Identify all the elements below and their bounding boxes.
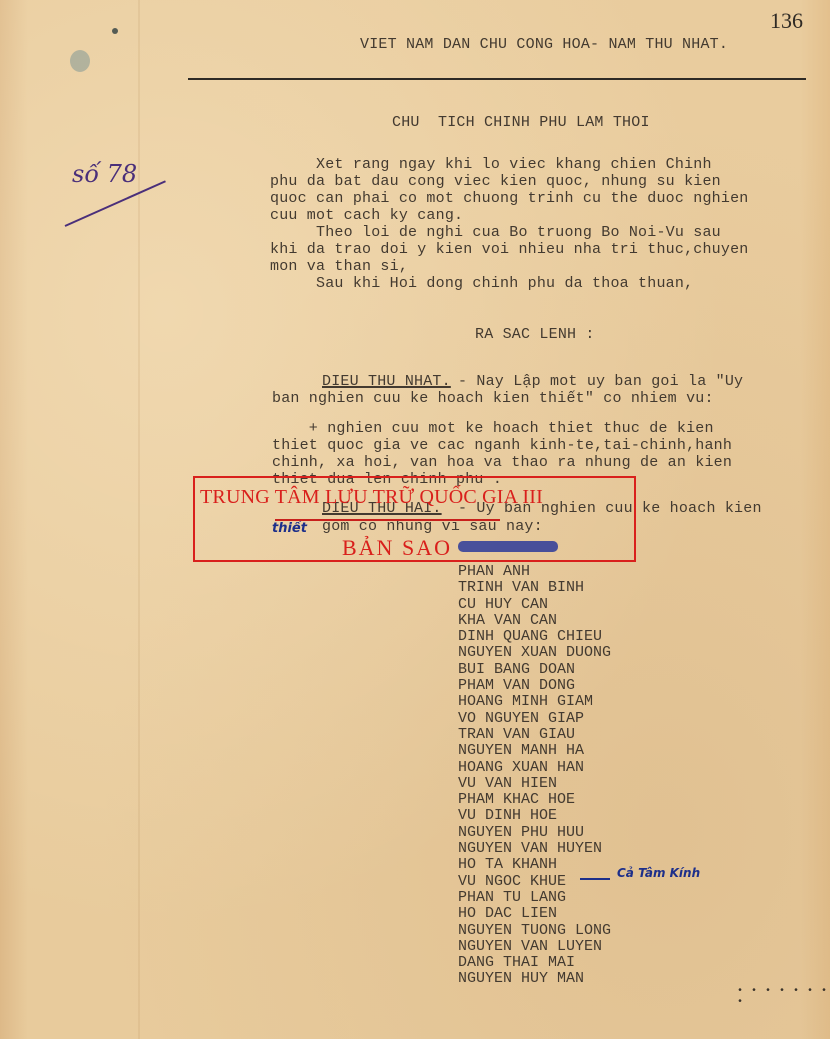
member-name: TRINH VAN BINH — [458, 579, 611, 595]
member-name: VU NGOC KHUE — [458, 873, 611, 889]
stamp-copy-label: BẢN SAO — [342, 535, 452, 561]
stamp-underline — [275, 519, 500, 521]
member-name: NGUYEN MANH HA — [458, 742, 611, 758]
member-name: NGUYEN VAN LUYEN — [458, 938, 611, 954]
member-name: TRAN VAN GIAU — [458, 726, 611, 742]
preamble-line: Sau khi Hoi dong chinh phu da thoa thuan… — [270, 275, 693, 292]
annotation-line — [580, 878, 610, 880]
header-rule — [188, 78, 806, 80]
member-name: PHAM KHAC HOE — [458, 791, 611, 807]
duty-line: thiet quoc gia ve cac nganh kinh-te,tai-… — [272, 437, 732, 454]
handwritten-reference: số 78 — [72, 160, 137, 188]
member-name: CU HUY CAN — [458, 596, 611, 612]
member-name: NGUYEN TUONG LONG — [458, 922, 611, 938]
member-name: VU VAN HIEN — [458, 775, 611, 791]
member-name: DINH QUANG CHIEU — [458, 628, 611, 644]
member-name: DANG THAI MAI — [458, 954, 611, 970]
member-name: HO DAC LIEN — [458, 905, 611, 921]
member-name: KHA VAN CAN — [458, 612, 611, 628]
page-number: 136 — [770, 8, 803, 34]
article1-label: DIEU THU NHAT. — [322, 373, 451, 390]
document-page: 136 VIET NAM DAN CHU CONG HOA- NAM THU N… — [0, 0, 830, 1039]
ink-smudge — [70, 50, 90, 72]
footer-dots: • • • • • • • • — [737, 986, 830, 1008]
decree-heading: RA SAC LENH : — [475, 326, 595, 343]
member-name: HO TA KHANH — [458, 856, 611, 872]
member-name: NGUYEN VAN HUYEN — [458, 840, 611, 856]
document-header: VIET NAM DAN CHU CONG HOA- NAM THU NHAT. — [360, 36, 728, 53]
paper-fold — [138, 0, 140, 1039]
member-name: NGUYEN XUAN DUONG — [458, 644, 611, 660]
duty-line: + nghien cuu mot ke hoach thiet thuc de … — [272, 420, 714, 437]
member-name: PHAM VAN DONG — [458, 677, 611, 693]
preamble-line: cuu mot cach ky cang. — [270, 207, 463, 224]
member-name: BUI BANG DOAN — [458, 661, 611, 677]
member-name: PHAN TU LANG — [458, 889, 611, 905]
member-name: HOANG MINH GIAM — [458, 693, 611, 709]
preamble-line: Theo loi de nghi cua Bo truong Bo Noi-Vu… — [270, 224, 721, 241]
preamble-line: Xet rang ngay khi lo viec khang chien Ch… — [270, 156, 712, 173]
margin-note: Cả Tâm Kính — [617, 866, 700, 880]
preamble-line: khi da trao doi y kien voi nhieu nha tri… — [270, 241, 748, 258]
ink-smudge — [112, 28, 118, 34]
member-name: VU DINH HOE — [458, 807, 611, 823]
member-list: PHAN ANH TRINH VAN BINH CU HUY CAN KHA V… — [458, 563, 611, 987]
preamble-line: quoc can phai co mot chuong trinh cu the… — [270, 190, 748, 207]
article1-line2: ban nghien cuu ke hoach kien thiết" co n… — [272, 390, 714, 407]
duty-line: chinh, xa hoi, van hoa va thao ra nhung … — [272, 454, 732, 471]
document-title: CHU TICH CHINH PHU LAM THOI — [392, 114, 650, 131]
member-name: NGUYEN PHU HUU — [458, 824, 611, 840]
member-name: NGUYEN HUY MAN — [458, 970, 611, 986]
article1-line1: - Nay Lập mot uy ban goi la "Uy — [458, 373, 743, 390]
preamble-line: mon va than si, — [270, 258, 408, 275]
preamble-line: phu da bat dau cong viec kien quoc, nhun… — [270, 173, 721, 190]
member-name: HOANG XUAN HAN — [458, 759, 611, 775]
member-name: VO NGUYEN GIAP — [458, 710, 611, 726]
member-name: PHAN ANH — [458, 563, 611, 579]
stamp-archive-name: TRUNG TÂM LƯU TRỮ QUỐC GIA III — [200, 486, 543, 509]
